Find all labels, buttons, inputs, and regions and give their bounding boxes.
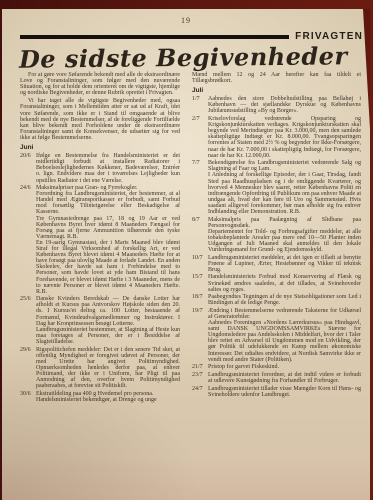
article-title: De sidste Begivenheder [19,41,348,73]
event-entry: 2/7Kriselovforslag vedrørende Opsparing … [192,116,361,159]
event-entry: 21/7Pristop for garvet Fiskeskind. [192,364,361,370]
masthead-title: FRIVAGTEN [295,31,363,42]
magazine-page: 19 FRIVAGTEN De sidste Begivenheder For … [2,9,370,500]
entry-date: 8/7 [192,217,208,254]
entry-text: Landbrugsministeriet forordner, at det i… [208,372,361,384]
continuation-paragraph: Mænd mellem 12 og 24 Aar herefter kan fa… [192,72,361,84]
event-entry: 18/7Paabegyndtes Tegningen af de nye Sta… [192,294,361,306]
column-left: For at gøre vore Søfarende bekendt med a… [20,72,180,494]
column-right: Mænd mellem 12 og 24 Aar herefter kan fa… [192,72,361,494]
entry-date: 7/7 [192,160,208,215]
page-number: 19 [2,16,370,25]
entry-date: 19/7 [192,308,208,363]
entry-text: Rigspolitichefen meddeler: Det er i den … [36,347,180,390]
event-entry: 25/6Danske Kvinders Beredskab — De dansk… [20,296,180,345]
event-entry: 23/7Landbrugsministeriet forordner, at d… [192,372,361,384]
entry-text: Landbrugsministeriet meddeler, at det ig… [208,255,361,273]
scanned-page-photo: 19 FRIVAGTEN De sidste Begivenheder For … [0,0,373,500]
masthead-row: FRIVAGTEN [20,31,363,42]
entry-date: 23/7 [192,372,208,384]
intro-paragraph: Vi har taget alle de vigtigste Begivenhe… [20,98,180,141]
event-entry: 24/7Landbrugsministeriet tillader visse … [192,386,361,398]
entry-date: 2/7 [192,116,208,159]
event-entry: 20/6Ifølge en Bestemmelse fra Handelsmin… [20,153,180,183]
masthead-rule [20,35,289,39]
event-entry: 1/7Aabnedes den store Dobbeltudstilling … [192,96,361,114]
entry-text: Maksimalpris paa Paalægning af Slidbane … [208,217,361,254]
entry-date: 15/7 [192,274,208,292]
entry-date: 18/7 [192,294,208,306]
event-entry: 7/7Bekendtgørelse fra Landbrugsministeri… [192,160,361,215]
entry-date: 1/7 [192,96,208,114]
article-columns: For at gøre vore Søfarende bekendt med a… [20,72,361,494]
entry-text: Danske Kvinders Beredskab — De danske Lo… [36,296,180,345]
entry-date: 29/6 [20,347,36,390]
event-entry: 19/7Ændring i Bestemmelserne vedrørende … [192,308,361,363]
entry-text: Ændring i Bestemmelserne vedrørende Taks… [208,308,361,363]
entry-date: 24/6 [20,185,36,295]
entry-date: 30/6 [20,391,36,403]
scan-corner-shadow [363,9,370,129]
entry-text: Landbrugsministeriet tillader visse Mæng… [208,386,361,398]
event-entry: 8/7Maksimalpris paa Paalægning af Slidba… [192,217,361,254]
event-entry: 15/7Handelsministeriets Forbud mod Konse… [192,274,361,292]
entry-text: Maksimalpriser paa Gran- og Fyrrekogler.… [36,185,180,295]
entry-date: 21/7 [192,364,208,370]
entry-text: Paabegyndtes Tegningen af de nye Statsob… [208,294,361,306]
intro-paragraph: For at gøre vore Søfarende bekendt med a… [20,72,180,96]
entry-date: 25/6 [20,296,36,345]
entry-text: Kriselovforslag vedrørende Opsparing og … [208,116,361,159]
entry-text: Ifølge en Bestemmelse fra Handelsministe… [36,153,180,183]
entry-text: Aabnedes den store Dobbeltudstilling paa… [208,96,361,114]
entry-text: Handelsministeriets Forbud mod Konserver… [208,274,361,292]
month-heading-juli: Juli [192,88,361,94]
event-entry: 29/6Rigspolitichefen meddeler: Det er i … [20,347,180,390]
entry-date: 20/6 [20,153,36,183]
entry-text: Pristop for garvet Fiskeskind. [208,364,361,370]
entry-text: Ekstratildeling paa 400 g Hvedemel pro p… [36,391,180,403]
entry-date: 24/7 [192,386,208,398]
entries-juni: 20/6Ifølge en Bestemmelse fra Handelsmin… [20,153,180,403]
entries-juli: 1/7Aabnedes den store Dobbeltudstilling … [192,96,361,397]
event-entry: 24/6Maksimalpriser paa Gran- og Fyrrekog… [20,185,180,295]
event-entry: 10/7Landbrugsministeriet meddeler, at de… [192,255,361,273]
entry-date: 10/7 [192,255,208,273]
month-heading-juni: Juni [20,145,180,151]
entry-text: Bekendtgørelse fra Landbrugsministeriet … [208,160,361,215]
event-entry: 30/6Ekstratildeling paa 400 g Hvedemel p… [20,391,180,403]
